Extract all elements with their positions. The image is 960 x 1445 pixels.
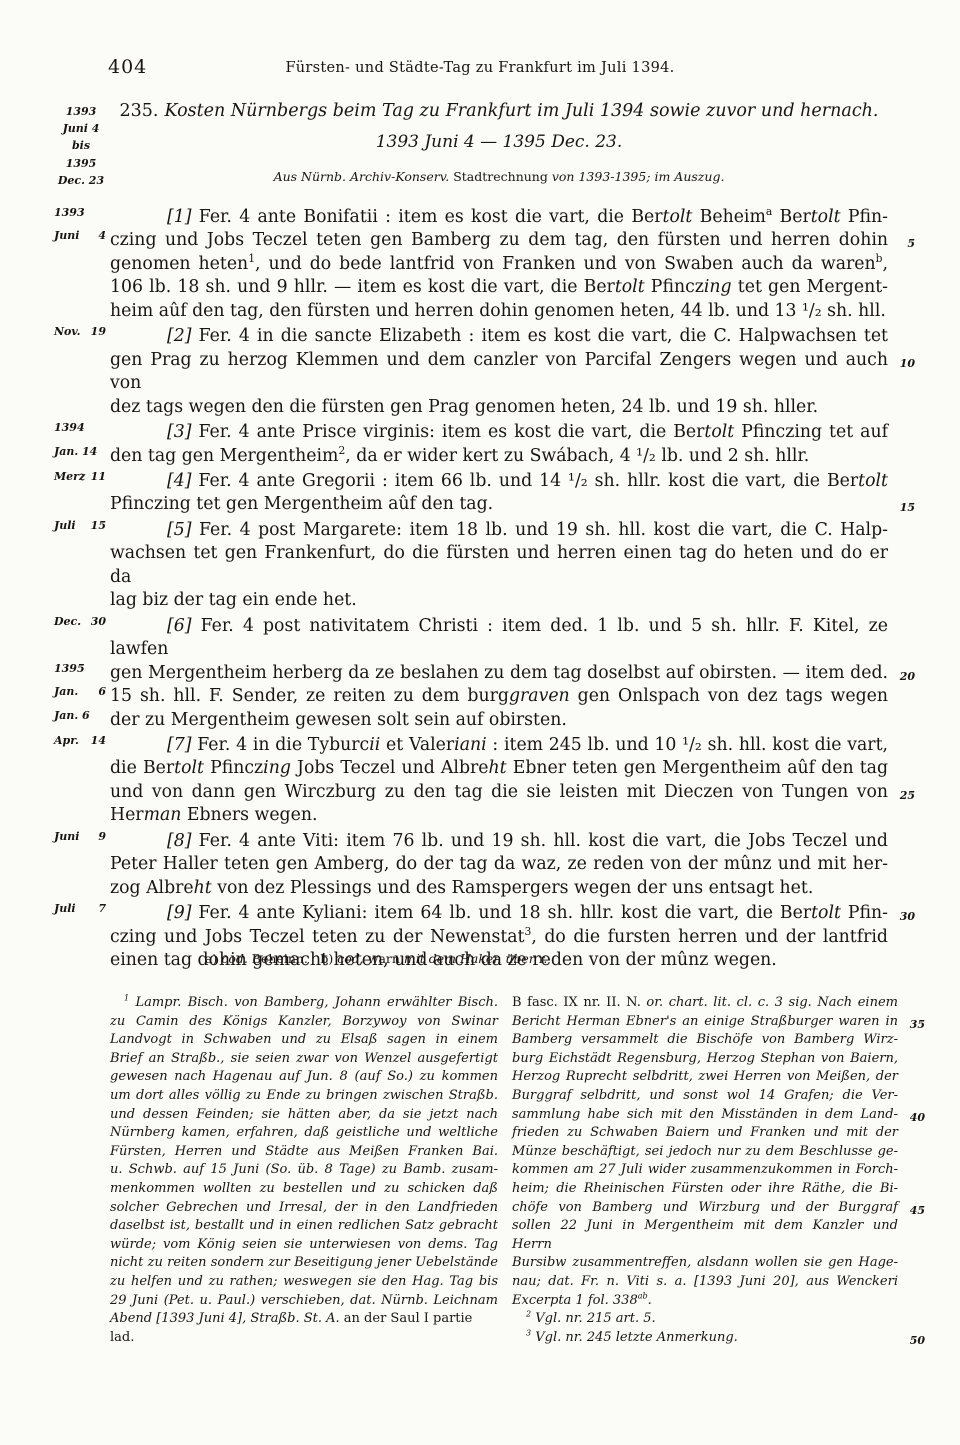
footnote-line: B fasc. IX nr. II. N. or. chart. lit. cl… <box>512 994 898 1013</box>
body-line: und von dann gen Wirczburg zu den tag di… <box>110 781 888 804</box>
running-title: Fürsten- und Städte-Tag zu Frankfurt im … <box>0 60 960 76</box>
footnote-line: Bericht Herman Ebner's an einige Straßbu… <box>512 1013 898 1032</box>
body-line: den tag gen Mergentheim2, da er wider ke… <box>110 445 888 468</box>
entry: [5] Fer. 4 post Margarete: item 18 lb. u… <box>110 519 888 613</box>
body-line: der zu Mergentheim gewesen solt sein auf… <box>110 709 888 732</box>
footnote-line: Bamberg versammelt die Bischöfe von Bamb… <box>512 1031 898 1050</box>
body-line: wachsen tet gen Frankenfurt, do die fürs… <box>110 542 888 589</box>
body-line: [3] Fer. 4 ante Prisce virginis: item es… <box>110 421 888 444</box>
footnote-line: kommen am 27 Juli wider zusammenzukommen… <box>512 1161 898 1180</box>
entry: [6] Fer. 4 post nativitatem Christi : it… <box>110 615 888 732</box>
margin-note: Juli 7 <box>54 903 106 915</box>
footnote-line: 1 Lampr. Bisch. von Bamberg, Johann erwä… <box>110 994 498 1013</box>
source-note: Aus Nürnb. Archiv-Konserv. Stadtrechnung… <box>100 169 898 184</box>
entry: [8] Fer. 4 ante Viti: item 76 lb. und 19… <box>110 830 888 900</box>
footnote-line: um dort alles völlig zu Ende zu bringen … <box>110 1087 498 1106</box>
entry: [4] Fer. 4 ante Gregorii : item 66 lb. u… <box>110 470 888 517</box>
footnote-line: Excerpta 1 fol. 338ab. <box>512 1292 898 1311</box>
line-number: 50 <box>910 1332 925 1351</box>
footnote-line: und dessen Feinden; sie hätten aber, da … <box>110 1106 498 1125</box>
margin-note: Jan. 6 <box>54 710 106 722</box>
document-title: Kosten Nürnbergs beim Tag zu Frankfurt i… <box>164 101 878 121</box>
footnote-line: u. Schwb. auf 15 Juni (So. üb. 8 Tage) z… <box>110 1161 498 1180</box>
body-line: [9] Fer. 4 ante Kyliani: item 64 lb. und… <box>110 902 888 925</box>
footnote-line: Abend [1393 Juni 4], Straßb. St. A. an d… <box>110 1310 498 1347</box>
footnote-line: würde; vom König seien sie unterwiesen v… <box>110 1236 498 1255</box>
body-line: [1] Fer. 4 ante Bonifatii : item es kost… <box>110 206 888 229</box>
entry: [7] Fer. 4 in die Tyburcii et Valeriani … <box>110 734 888 828</box>
line-number: 45 <box>910 1202 925 1221</box>
footnote-line: Herzog Ruprecht selbdritt, zwei Herren v… <box>512 1068 898 1087</box>
footnote-line: 3 Vgl. nr. 245 letzte Anmerkung.50 <box>512 1329 898 1348</box>
line-number: 20 <box>900 665 915 688</box>
footnote-line: daselbst ist, bestallt und in einen redl… <box>110 1217 498 1236</box>
footnote-line: solcher Gebrechen und Irresal, der in de… <box>110 1199 498 1218</box>
footnote-line: nicht zu reiten sondern zur Beseitigung … <box>110 1254 498 1273</box>
body-line: [6] Fer. 4 post nativitatem Christi : it… <box>110 615 888 662</box>
footnote-line: chöfe von Bamberg und Wirzburg und der B… <box>512 1199 898 1218</box>
footnote-line: burg Eichstädt Regensburg, Herzog Stepha… <box>512 1050 898 1069</box>
line-number: 15 <box>900 496 915 519</box>
document-heading: 235.Kosten Nürnbergs beim Tag zu Frankfu… <box>100 101 898 121</box>
footnote-column-left: 1 Lampr. Bisch. von Bamberg, Johann erwä… <box>110 994 498 1347</box>
margin-note: Merz 11 <box>54 471 106 483</box>
footnote-line: gewesen nach Hagenau auf Jun. 8 (auf So.… <box>110 1068 498 1087</box>
footnote-line: sollen 22 Juni in Mergentheim mit dem Ka… <box>512 1217 898 1254</box>
body-line: czing und Jobs Teczel teten gen Bamberg … <box>110 229 888 252</box>
book-page: 404 Fürsten- und Städte-Tag zu Frankfurt… <box>0 0 960 1445</box>
margin-note: Juni 4 <box>54 230 106 242</box>
body-line: [7] Fer. 4 in die Tyburcii et Valeriani … <box>110 734 888 757</box>
footnote-column-right: B fasc. IX nr. II. N. or. chart. lit. cl… <box>512 994 898 1347</box>
footnote-line: heim; die Rheinischen Fürsten oder ihre … <box>512 1180 898 1199</box>
body-line: [4] Fer. 4 ante Gregorii : item 66 lb. u… <box>110 470 888 493</box>
footnote-line: sammlung habe sich mit den Misständen in… <box>512 1106 898 1125</box>
margin-note: 1393 <box>54 207 106 219</box>
body-line: heim aûf den tag, den fürsten und herren… <box>110 300 888 323</box>
margin-note: 1394 <box>54 422 106 434</box>
footnote-line: zu helfen und zu rathen; weswegen sie de… <box>110 1273 498 1292</box>
footnote-line: zu Camin des Königs Kanzler, Borzywoy vo… <box>110 1013 498 1032</box>
body-line: czing und Jobs Teczel teten zu der Newen… <box>110 926 888 949</box>
entries-body: [1] Fer. 4 ante Bonifatii : item es kost… <box>110 206 888 975</box>
margin-note: Juli 15 <box>54 520 106 532</box>
body-line: [5] Fer. 4 post Margarete: item 18 lb. u… <box>110 519 888 542</box>
margin-note: Jan. 14 <box>54 446 106 458</box>
footnote-line: Münze beschäftigt, sei jedoch nur zu dem… <box>512 1143 898 1162</box>
margin-note: Jan. 6 <box>54 686 106 698</box>
footnote-line: 2 Vgl. nr. 215 art. 5. <box>512 1310 898 1329</box>
body-line: [2] Fer. 4 in die sancte Elizabeth : ite… <box>110 325 888 348</box>
footnote-line: Bursibw zusammentreffen, alsdann wollen … <box>512 1254 898 1273</box>
footnote-line: frieden zu Schwaben Baiern und Franken u… <box>512 1124 898 1143</box>
body-line: dez tags wegen den die fürsten gen Prag … <box>110 396 888 419</box>
body-line: zog Albreht von dez Plessings und des Ra… <box>110 877 888 900</box>
body-line: Pfinczing tet gen Mergentheim aûf den ta… <box>110 493 888 516</box>
body-line: 15 sh. hll. F. Sender, ze reiten zu dem … <box>110 685 888 708</box>
body-line: die Bertolt Pfinczing Jobs Teczel und Al… <box>110 757 888 780</box>
body-line: lag biz der tag ein ende het. <box>110 589 888 612</box>
margin-note: Nov. 19 <box>54 326 106 338</box>
body-line: [8] Fer. 4 ante Viti: item 76 lb. und 19… <box>110 830 888 853</box>
footnote-line: menkommen wollten zu bestellen und zu sc… <box>110 1180 498 1199</box>
body-line: gen Mergentheim herberg da ze beslahen z… <box>110 662 888 685</box>
apparatus-note: a) cod. Beheinn. b) cod. warn mit dem Ha… <box>205 951 547 966</box>
margin-note: Dec. 30 <box>54 616 106 628</box>
margin-note: Apr. 14 <box>54 735 106 747</box>
footnote-line: 29 Juni (Pet. u. Paul.) verschieben, dat… <box>110 1292 498 1311</box>
body-line: gen Prag zu herzog Klemmen und dem canzl… <box>110 349 888 396</box>
heading-date-range: 1393 Juni 4 — 1395 Dec. 23. <box>100 132 898 152</box>
body-line: genomen heten1, und do bede lantfrid von… <box>110 253 888 276</box>
entry: [3] Fer. 4 ante Prisce virginis: item es… <box>110 421 888 468</box>
line-number: 40 <box>910 1109 925 1128</box>
footnote-line: Brief an Straßb., sie seien zwar von Wen… <box>110 1050 498 1069</box>
footnote-line: Nürnberg kamen, erfahren, daß geistliche… <box>110 1124 498 1143</box>
body-line: Peter Haller teten gen Amberg, do der ta… <box>110 853 888 876</box>
body-line: Herman Ebners wegen. <box>110 804 888 827</box>
line-number: 35 <box>910 1016 925 1035</box>
margin-note: Juni 9 <box>54 831 106 843</box>
line-number: 5 <box>907 232 915 255</box>
footnote-line: nau; dat. Fr. n. Viti s. a. [1393 Juni 2… <box>512 1273 898 1292</box>
line-number: 30 <box>900 905 915 928</box>
body-line: 106 lb. 18 sh. und 9 hllr. — item es kos… <box>110 276 888 299</box>
entry: [1] Fer. 4 ante Bonifatii : item es kost… <box>110 206 888 323</box>
footnote-line: Fürsten, Herren und Städte aus Meißen Fr… <box>110 1143 498 1162</box>
footnote-line: Burggraf selbdritt, und sonst wol 14 Gra… <box>512 1087 898 1106</box>
document-number: 235. <box>120 101 159 121</box>
entry: [2] Fer. 4 in die sancte Elizabeth : ite… <box>110 325 888 419</box>
line-number: 25 <box>900 784 915 807</box>
margin-note: 1395 <box>54 663 106 675</box>
footnote-line: Landvogt in Schwaben und zu Elsaß sagen … <box>110 1031 498 1050</box>
line-number: 10 <box>900 352 915 375</box>
